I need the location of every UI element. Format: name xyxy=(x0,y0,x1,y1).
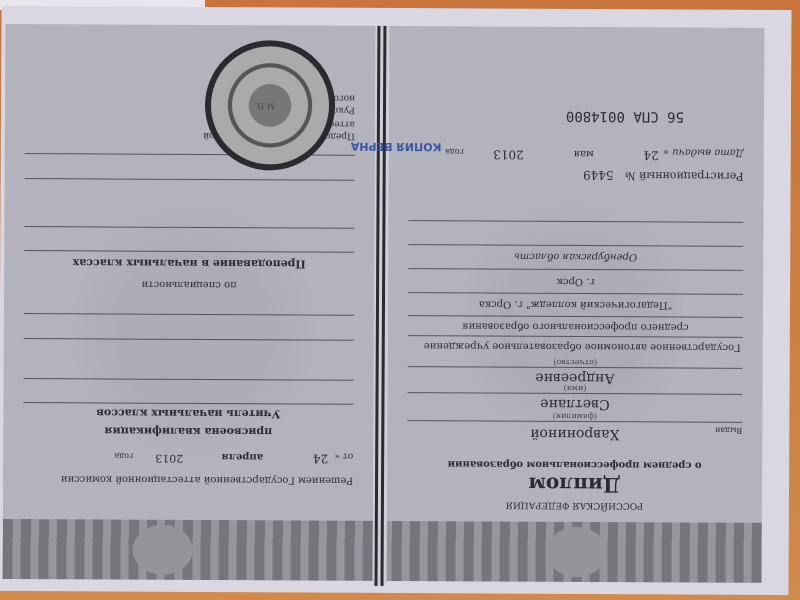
issue-month: мая xyxy=(574,148,594,159)
serial-number: 56 СПА 0014800 xyxy=(566,108,684,125)
specialty-label: по специальности xyxy=(4,278,374,291)
emblem-icon xyxy=(133,525,193,575)
right-page: РОССИЙСКАЯ ФЕДЕРАЦИЯ Диплом о среднем пр… xyxy=(387,26,765,583)
issue-year: 2013 xyxy=(493,148,524,162)
decision-year: 2013 xyxy=(155,452,183,465)
watermark-emblem xyxy=(73,199,314,460)
reg-number: 5449 xyxy=(583,168,614,182)
region: Оренбургская область xyxy=(388,250,763,263)
institution-line-2: среднего профессионального образования xyxy=(388,320,763,333)
surname: Хаврониной xyxy=(387,425,762,443)
institution-line-3: "Педагогический колледж" г. Орска xyxy=(388,298,763,311)
ornament-border xyxy=(3,519,373,581)
first-name: Светлане xyxy=(387,395,762,413)
city: г. Орск xyxy=(388,275,763,288)
ornament-border xyxy=(387,521,762,583)
diploma-photocopy: РОССИЙСКАЯ ФЕДЕРАЦИЯ Диплом о среднем пр… xyxy=(0,6,792,595)
emblem-icon xyxy=(547,527,607,577)
qualification: Учитель начальных классов xyxy=(3,406,373,421)
issue-day: 24 xyxy=(643,148,658,162)
decision-day: 24 xyxy=(313,452,328,466)
specialty: Преподавание в начальных классах xyxy=(4,256,374,271)
copy-certified-stamp: КОПИЯ ВЕРНА xyxy=(351,140,442,153)
patronymic: Андреевне xyxy=(388,369,763,387)
decision-month: апреля xyxy=(222,451,264,462)
reg-label: Регистрационный № xyxy=(625,169,744,183)
institution-line-1: Государственное автономное образовательн… xyxy=(424,340,741,353)
diploma-title: Диплом xyxy=(387,472,762,498)
diploma-subtitle: о среднем профессиональном образовании xyxy=(387,458,762,471)
country-label: РОССИЙСКАЯ ФЕДЕРАЦИЯ xyxy=(387,499,762,511)
issue-date-label: Дата выдачи « xyxy=(663,146,744,157)
decision-label: Решением Государственной аттестационной … xyxy=(61,473,353,486)
qualification-label: присвоена квалификация xyxy=(3,424,373,439)
left-page: Решением Государственной аттестационной … xyxy=(3,24,376,581)
